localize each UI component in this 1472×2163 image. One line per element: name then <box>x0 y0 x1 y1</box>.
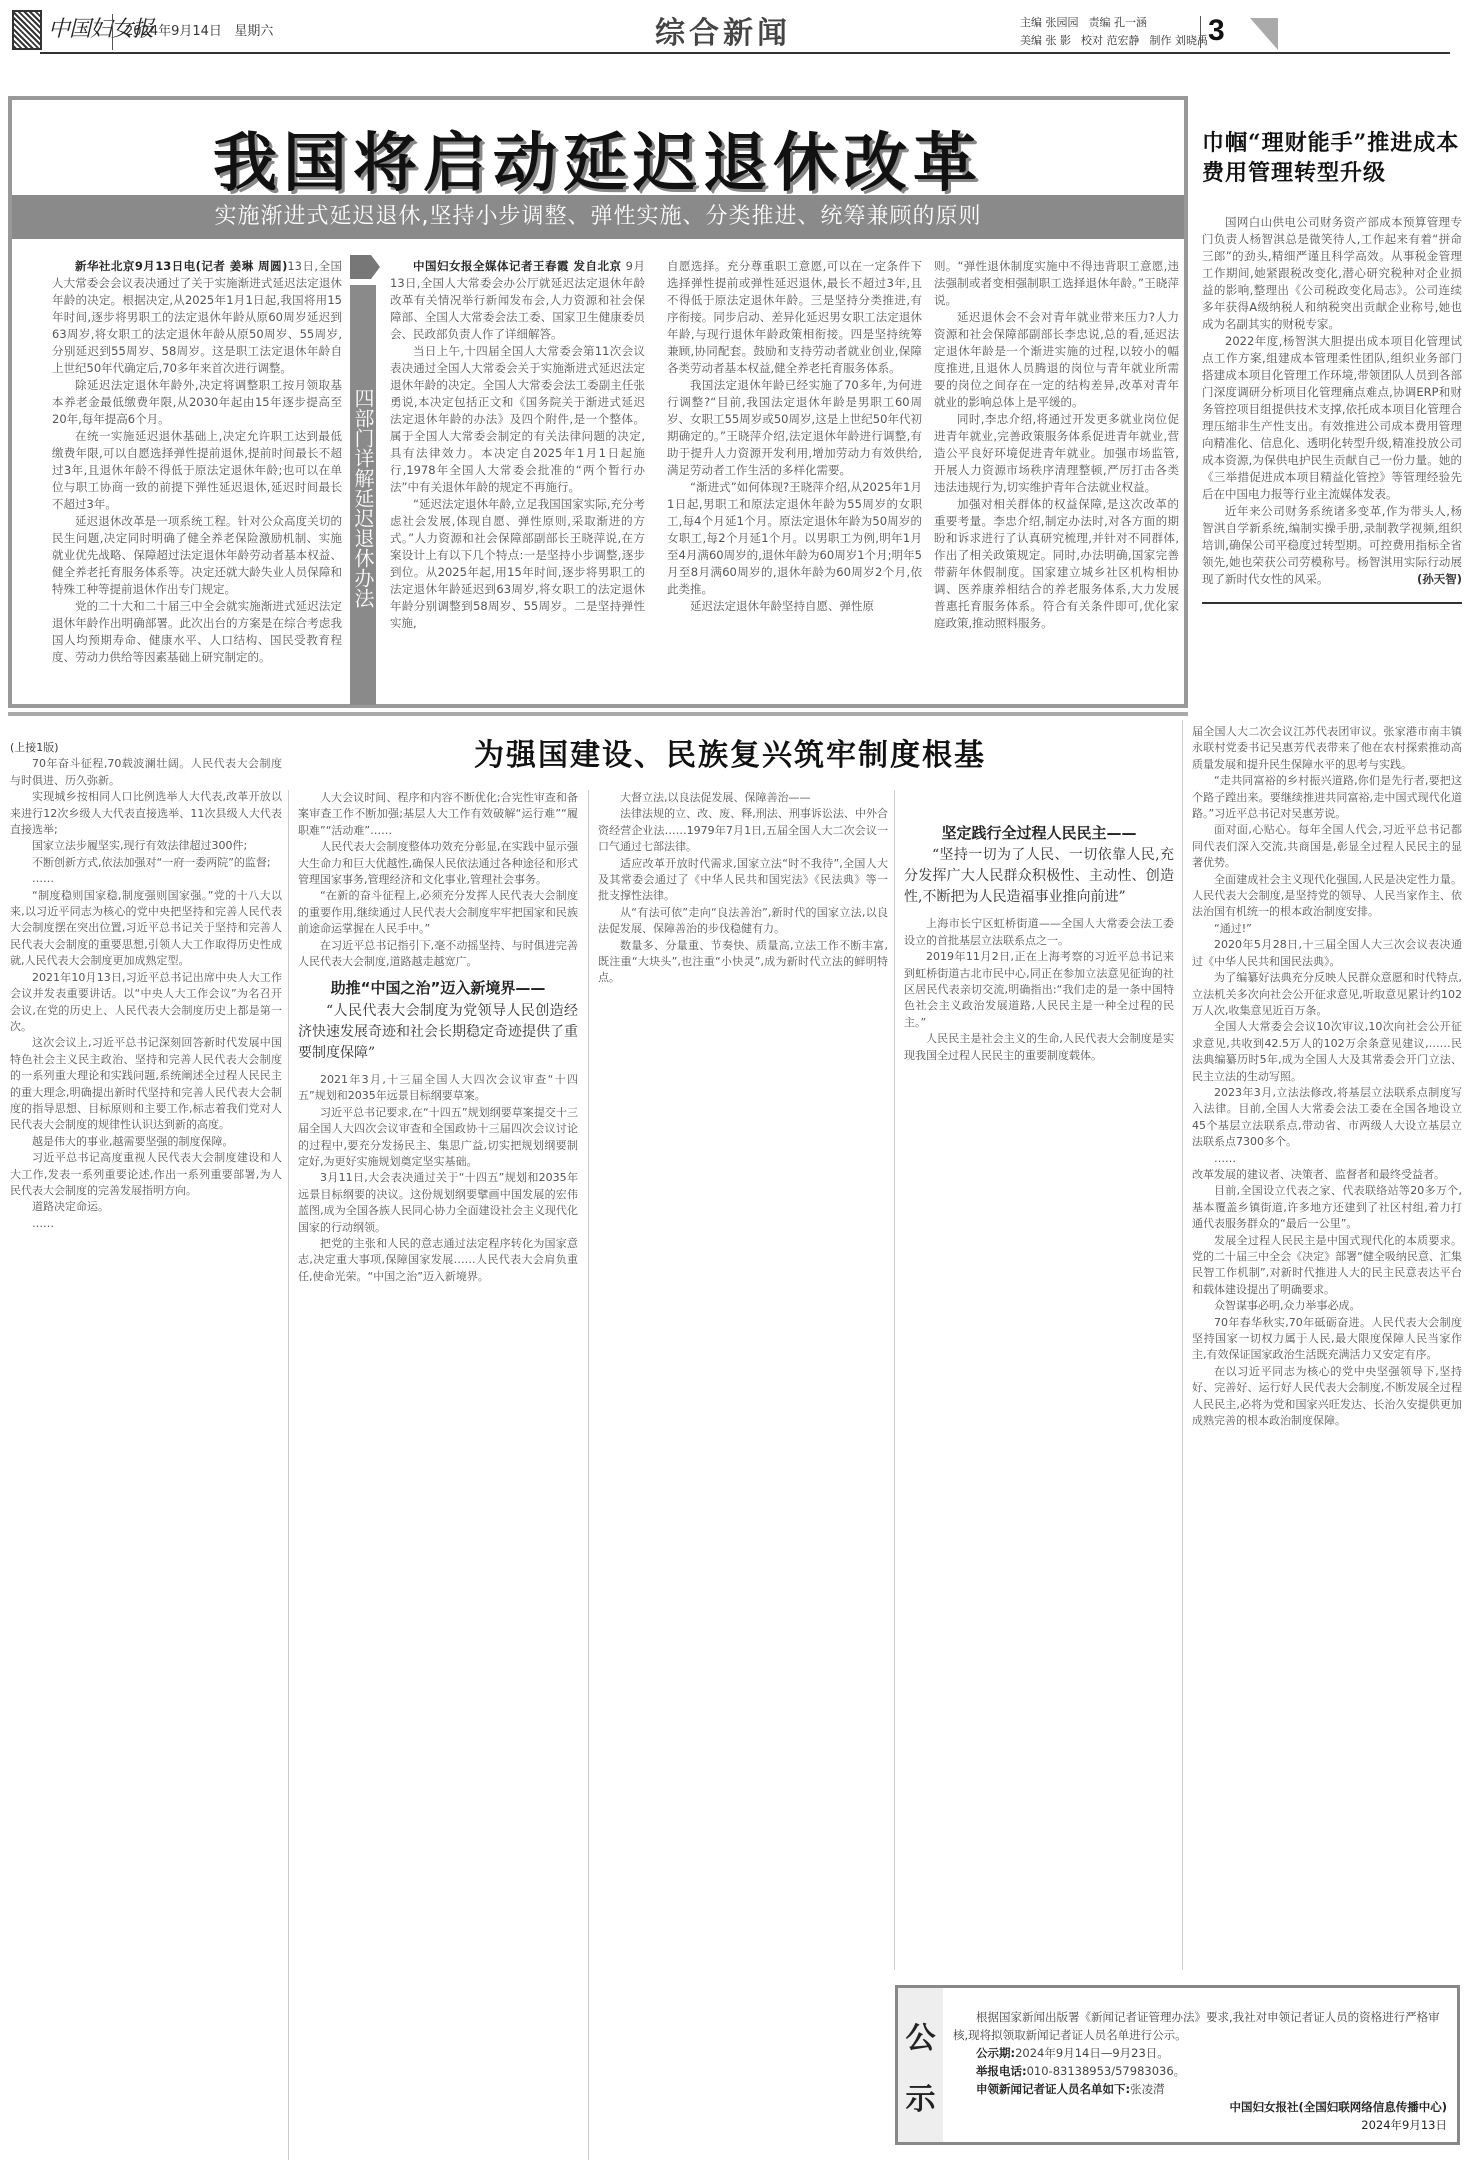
paragraph: 把党的主张和人民的意志通过法定程序转化为国家意志,决定重大事项,保障国家发展……… <box>298 1236 578 1285</box>
paragraph: 人民代表大会制度整体功效充分彰显,在实践中显示强大生命力和巨大优越性,确保人民依… <box>298 839 578 888</box>
paragraph: 则。“弹性退休制度实施中不得违背职工意愿,违法强制或者变相强制职工选择退休年龄。… <box>934 258 1179 309</box>
paragraph: 大督立法,以良法促发展、保障善治—— <box>598 790 888 806</box>
phone-label: 举报电话: <box>953 2064 1027 2078</box>
paragraph: 70年奋斗征程,70载波澜壮阔。人民代表大会制度与时俱进、历久弥新。 <box>10 756 282 789</box>
paragraph: 近年来公司财务系统诸多变革,作为带头人,杨智淇自学新系统,编制实操手册,录制教学… <box>1202 503 1462 588</box>
paragraph: 2023年3月,立法法修改,将基层立法联系点制度写入法律。目前,全国人大常委会法… <box>1192 1085 1462 1151</box>
column-rule <box>894 790 895 1970</box>
masthead: 中国妇女报 2024年9月14日 星期六 综合新闻 主编 张园园责编 孔一涵 美… <box>0 0 1472 56</box>
credit-chief-editor: 主编 张园园 <box>1020 16 1079 29</box>
paragraph: 众智谋事必明,众力举事必成。 <box>1192 1298 1462 1314</box>
paragraph: 适应改革开放时代需求,国家立法“时不我待”,全国人大及其常委会通过了《中华人民共… <box>598 856 888 905</box>
lead-headline[interactable]: 我国将启动延迟退休改革 <box>12 112 1184 204</box>
paragraph: 为了编纂好法典充分反映人民群众意愿和时代特点,立法机关多次向社会公开征求意见,听… <box>1192 970 1462 1019</box>
paragraph: 我国法定退休年龄已经实施了70多年,为何进行调整?“目前,我国法定退休年龄是男职… <box>667 377 922 479</box>
paragraph: …… <box>10 1216 282 1232</box>
pull-quote: “坚持一切为了人民、一切依靠人民,充分发挥广大人民群众积极性、主动性、创造性,不… <box>904 845 1174 908</box>
notice-content: 根据国家新闻出版署《新闻记者证管理办法》要求,我社对申领记者证人员的资格进行严格… <box>953 2008 1447 2134</box>
column-rule <box>1182 720 1183 1970</box>
paragraph: 人民民主是社会主义的生命,人民代表大会制度是实现我国全过程人民民主的重要制度载体… <box>904 1031 1174 1064</box>
paragraph: 发展全过程人民民主是中国式现代化的本质要求。党的二十届三中全会《决定》部署“健全… <box>1192 1233 1462 1299</box>
qr-code-icon[interactable] <box>12 10 42 50</box>
lead-column-2: 中国妇女报全媒体记者王春霞 发自北京 9月13日,全国人大常委会办公厅就延迟法定… <box>390 258 645 632</box>
paragraph: 面对面,心贴心。每年全国人代会,习近平总书记都同代表们深入交流,共商国是,彰显全… <box>1192 822 1462 871</box>
credit-editor: 责编 孔一涵 <box>1089 16 1148 29</box>
paragraph: 2019年11月2日,正在上海考察的习近平总书记来到虹桥街道古北市民中心,同正在… <box>904 949 1174 1031</box>
lead-subheadline: 实施渐进式延迟退休,坚持小步调整、弹性实施、分类推进、统筹兼顾的原则 <box>12 195 1184 239</box>
list-label: 申领新闻记者证人员名单如下: <box>953 2082 1130 2096</box>
paragraph: 加强对相关群体的权益保障,是这次改革的重要考量。李忠介绍,制定办法时,对各方面的… <box>934 496 1179 632</box>
paragraph: “延迟法定退休年龄,立足我国国家实际,充分考虑社会发展,体现自愿、弹性原则,采取… <box>390 496 645 632</box>
paragraph: 法律法规的立、改、废、释,刑法、刑事诉讼法、中外合资经营企业法……1979年7月… <box>598 806 888 855</box>
paragraph: 这次会议上,习近平总书记深刻回答新时代发展中国特色社会主义民主政治、坚持和完善人… <box>10 1035 282 1133</box>
paragraph: 数量多、分量重、节奏快、质量高,立法工作不断丰富,既注重“大块头”,也注重“小快… <box>598 938 888 987</box>
second-column-3: 大督立法,以良法促发展、保障善治—— 法律法规的立、改、废、释,刑法、刑事诉讼法… <box>598 790 888 987</box>
divider <box>1202 602 1462 604</box>
paragraph: 全面建成社会主义现代化强国,人民是决定性力量。人民代表大会制度,是坚持党的领导、… <box>1192 872 1462 921</box>
paragraph: “在新的奋斗征程上,必须充分发挥人民代表大会制度的重要作用,继续通过人民代表大会… <box>298 888 578 937</box>
paragraph: 上海市长宁区虹桥街道——全国人大常委会法工委设立的首批基层立法联系点之一。 <box>904 916 1174 949</box>
lead-column-4: 则。“弹性退休制度实施中不得违背职工意愿,违法强制或者变相强制职工选择退休年龄。… <box>934 258 1179 632</box>
paragraph: 在以习近平同志为核心的党中央坚强领导下,坚持好、完善好、运行好人民代表大会制度,… <box>1192 1364 1462 1430</box>
divider <box>1200 16 1201 48</box>
paragraph: 2022年度,杨智淇大胆提出成本项目化管理试点工作方案,组建成本管理柔性团队,组… <box>1202 333 1462 503</box>
public-notice: 公 示 根据国家新闻出版署《新闻记者证管理办法》要求,我社对申领记者证人员的资格… <box>895 1985 1460 2145</box>
dateline: 新华社北京9月13日电(记者 姜琳 周圆) <box>75 259 287 273</box>
paragraph: 2021年3月,十三届全国人大四次会议审查“十四五”规划和2035年远景目标纲要… <box>298 1072 578 1105</box>
paragraph: 国网白山供电公司财务资产部成本预算管理专门负责人杨智淇总是微笑待人,工作起来有着… <box>1202 214 1462 333</box>
subhead: 坚定践行全过程人民民主—— <box>904 825 1174 841</box>
notice-tag-char: 公 <box>906 2013 936 2057</box>
side-tag: 四部门详解延迟退休办法 <box>350 255 380 705</box>
paragraph: 目前,全国设立代表之家、代表联络站等20多万个,基本覆盖乡镇街道,许多地方还建到… <box>1192 1183 1462 1232</box>
paragraph: 人大会议时间、程序和内容不断优化;合宪性审查和备案审查工作不断加强;基层人大工作… <box>298 790 578 839</box>
paragraph: 延迟法定退休年龄坚持自愿、弹性原 <box>667 598 922 615</box>
paragraph: 党的二十大和二十届三中全会就实施渐进式延迟法定退休年龄作出明确部署。此次出台的方… <box>52 598 342 666</box>
side-story: 巾帼“理财能手”推进成本费用管理转型升级 国网白山供电公司财务资产部成本预算管理… <box>1202 128 1462 604</box>
second-column-2: 人大会议时间、程序和内容不断优化;合宪性审查和备案审查工作不断加强;基层人大工作… <box>298 790 578 1285</box>
paragraph: 自愿选择。充分尊重职工意愿,可以在一定条件下选择弹性提前或弹性延迟退休,最长不超… <box>667 258 922 377</box>
lead-column-1: 新华社北京9月13日电(记者 姜琳 周圆)13日,全国人大常委会会议表决通过了关… <box>52 258 342 666</box>
notice-date: 2024年9月13日 <box>953 2116 1447 2134</box>
lead-column-3: 自愿选择。充分尊重职工意愿,可以在一定条件下选择弹性提前或弹性延迟退休,最长不超… <box>667 258 922 615</box>
pull-quote: “人民代表大会制度为党领导人民创造经济快速发展奇迹和社会长期稳定奇迹提供了重要制… <box>298 1001 578 1064</box>
paragraph: 当日上午,十四届全国人大常委会第11次会议表决通过全国人大常委会关于实施渐进式延… <box>390 343 645 496</box>
paragraph: 习近平总书记要求,在“十四五”规划纲要草案提交十三届全国人大四次会议审查和全国政… <box>298 1105 578 1171</box>
arrow-icon <box>350 255 380 279</box>
second-headline[interactable]: 为强国建设、民族复兴筑牢制度根基 <box>290 730 1170 774</box>
credit-proofreader: 校对 范宏静 <box>1081 34 1140 47</box>
byline: (孙天智) <box>1394 571 1462 588</box>
paragraph: 改革发展的建议者、决策者、监督者和最终受益者。 <box>1192 1167 1462 1183</box>
paragraph: …… <box>10 871 282 887</box>
paragraph: “制度稳则国家稳,制度强则国家强。”党的十八大以来,以习近平同志为核心的党中央把… <box>10 888 282 970</box>
subhead: 助推“中国之治”迈入新境界—— <box>298 980 578 996</box>
side-story-headline[interactable]: 巾帼“理财能手”推进成本费用管理转型升级 <box>1202 128 1462 188</box>
paragraph: …… <box>1192 1151 1462 1167</box>
side-tag-label: 四部门详解延迟退休办法 <box>350 285 376 705</box>
paragraph: 同时,李忠介绍,将通过开发更多就业岗位促进青年就业,完善政策服务体系促进青年就业… <box>934 411 1179 496</box>
paragraph: 在习近平总书记指引下,毫不动摇坚持、与时俱进完善人民代表大会制度,道路越走越宽广… <box>298 938 578 971</box>
paragraph: 实现城乡按相同人口比例选举人大代表,改革开放以来进行12次乡级人大代表直接选举、… <box>10 789 282 838</box>
second-column-5: 届全国人大二次会议江苏代表团审议。张家港市南丰镇永联村党委书记吴惠芳代表带来了他… <box>1192 724 1462 1429</box>
notice-tag-char: 示 <box>906 2074 936 2118</box>
notice-intro: 根据国家新闻出版署《新闻记者证管理办法》要求,我社对申领记者证人员的资格进行严格… <box>953 2008 1447 2044</box>
paragraph: 2021年10月13日,习近平总书记出席中央人大工作会议并发表重要讲话。以“中央… <box>10 970 282 1036</box>
date-text: 2024年9月14日 <box>125 24 222 39</box>
column-rule <box>288 790 289 2160</box>
period-label: 公示期: <box>953 2046 1015 2060</box>
section-title: 综合新闻 <box>655 8 791 52</box>
dateline: 中国妇女报全媒体记者王春霞 发自北京 <box>413 259 622 273</box>
paragraph: 延迟退休会不会对青年就业带来压力?人力资源和社会保障部副部长李忠说,总的看,延迟… <box>934 309 1179 411</box>
paragraph: 不断创新方式,依法加强对“一府一委两院”的监督; <box>10 855 282 871</box>
paragraph: 越是伟大的事业,越需要坚强的制度保障。 <box>10 1134 282 1150</box>
editor-credits: 主编 张园园责编 孔一涵 美编 张 影校对 范宏静制作 刘晓禹 <box>1020 14 1218 50</box>
paragraph: “走共同富裕的乡村振兴道路,你们是先行者,要把这个路子蹚出来。要继续推进共同富裕… <box>1192 773 1462 822</box>
paragraph: “渐进式”如何体现?王晓萍介绍,从2025年1月1日起,男职工和原法定退休年龄为… <box>667 479 922 598</box>
column-rule <box>588 790 589 2160</box>
page-number: 3 <box>1208 14 1225 48</box>
period-value: 2024年9月14日—9月23日。 <box>1015 2046 1169 2060</box>
paragraph: 延迟退休改革是一项系统工程。针对公众高度关切的民生问题,决定同时明确了健全养老保… <box>52 513 342 598</box>
paragraph: 道路决定命运。 <box>10 1199 282 1215</box>
side-story-body: 国网白山供电公司财务资产部成本预算管理专门负责人杨智淇总是微笑待人,工作起来有着… <box>1202 214 1462 588</box>
paragraph: 13日,全国人大常委会会议表决通过了关于实施渐进式延迟法定退休年龄的决定。根据决… <box>52 259 342 375</box>
paragraph: 届全国人大二次会议江苏代表团审议。张家港市南丰镇永联村党委书记吴惠芳代表带来了他… <box>1192 724 1462 773</box>
list-value: 张凌潸 <box>1130 2082 1165 2096</box>
continued-note: (上接1版) <box>10 740 282 756</box>
page-corner-decoration <box>1250 18 1278 50</box>
divider <box>112 14 113 50</box>
credit-art-editor: 美编 张 影 <box>1020 34 1071 47</box>
paragraph: “通过!” <box>1192 921 1462 937</box>
notice-org: 中国妇女报社(全国妇联网络信息传播中心) <box>953 2098 1447 2116</box>
second-column-1: (上接1版) 70年奋斗征程,70载波澜壮阔。人民代表大会制度与时俱进、历久弥新… <box>10 740 282 1232</box>
paragraph: 从“有法可依”走向“良法善治”,新时代的国家立法,以良法促发展、保障善治的步伐稳… <box>598 905 888 938</box>
paragraph: 习近平总书记高度重视人民代表大会制度建设和人大工作,发表一系列重要论述,作出一系… <box>10 1150 282 1199</box>
paragraph: 全国人大常委会会议10次审议,10次向社会公开征求意见,共收到42.5万人的10… <box>1192 1019 1462 1085</box>
lead-story: 我国将启动延迟退休改革 实施渐进式延迟退休,坚持小步调整、弹性实施、分类推进、统… <box>8 96 1188 708</box>
paragraph: 除延迟法定退休年龄外,决定将调整职工按月领取基本养老金最低缴费年限,从2030年… <box>52 377 342 428</box>
issue-date: 2024年9月14日 星期六 <box>125 20 273 39</box>
weekday-text: 星期六 <box>234 24 273 39</box>
paragraph: 2020年5月28日,十三届全国人大三次会议表决通过《中华人民共和国民法典》。 <box>1192 937 1462 970</box>
paragraph: 70年春华秋实,70年砥砺奋进。人民代表大会制度坚持国家一切权力属于人民,最大限… <box>1192 1315 1462 1364</box>
masthead-rule <box>40 52 1450 54</box>
phone-value[interactable]: 010-83138953/57983036。 <box>1027 2064 1186 2078</box>
paragraph: 国家立法步履坚实,现行有效法律超过300件; <box>10 838 282 854</box>
notice-tag: 公 示 <box>898 1988 943 2142</box>
section-divider <box>8 712 1188 716</box>
paragraph: 在统一实施延迟退休基础上,决定允许职工达到最低缴费年限,可以自愿选择弹性提前退休… <box>52 428 342 513</box>
paragraph: 3月11日,大会表决通过关于“十四五”规划和2035年远景目标纲要的决议。这份规… <box>298 1170 578 1236</box>
second-column-4: 坚定践行全过程人民民主—— “坚持一切为了人民、一切依靠人民,充分发挥广大人民群… <box>904 815 1174 1064</box>
